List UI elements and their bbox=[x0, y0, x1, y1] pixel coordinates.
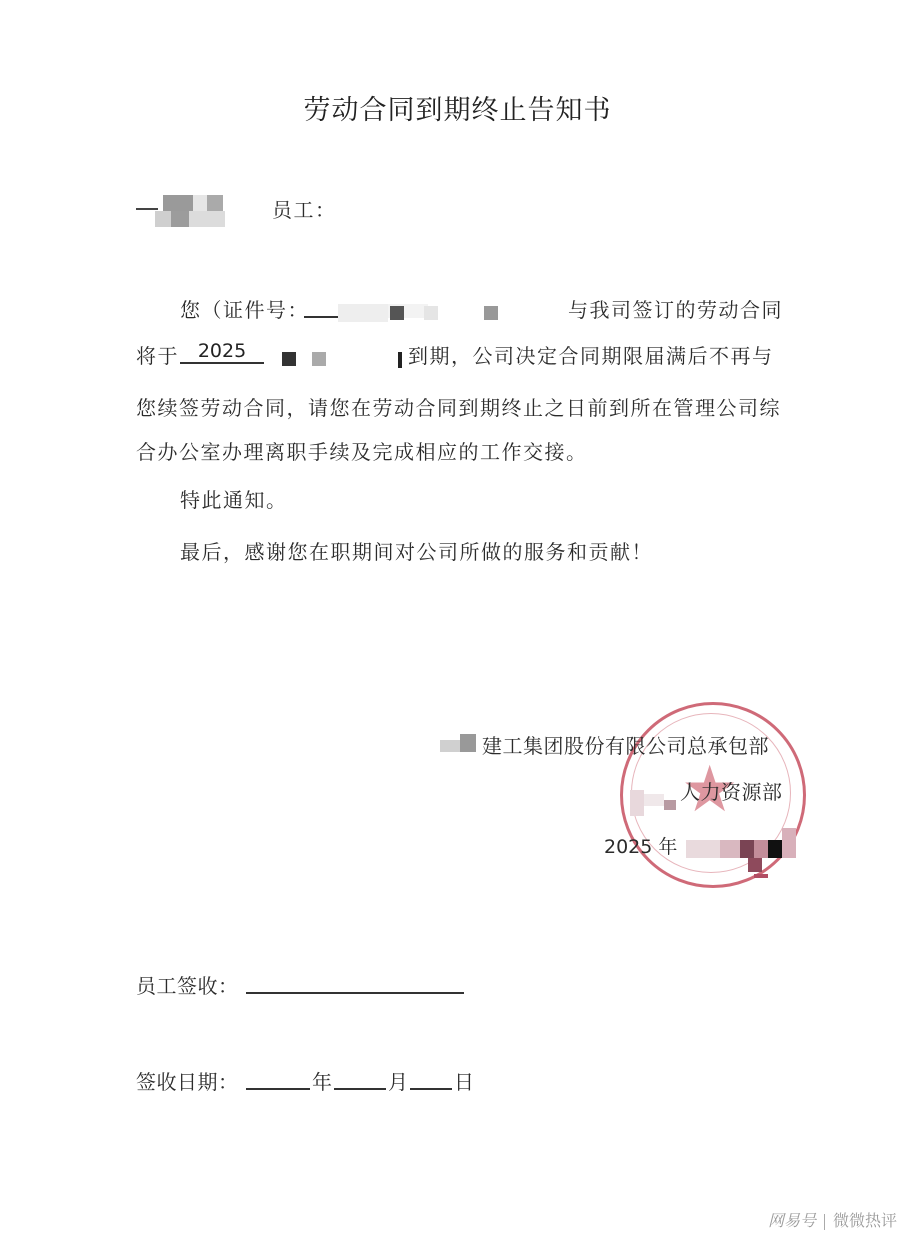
paragraph-line-4: 合办公室办理离职手续及完成相应的工作交接。 bbox=[136, 436, 588, 465]
expiry-date-field: 2025 bbox=[180, 340, 264, 364]
redacted-issue-date bbox=[686, 828, 798, 882]
paragraph-line-3: 您续签劳动合同，请您在劳动合同到期终止之日前到所在管理公司综 bbox=[136, 392, 781, 421]
redacted-department-prefix bbox=[630, 790, 680, 820]
employee-signature-label: 员工签收： bbox=[136, 970, 239, 999]
issuer-company: 建工集团股份有限公司总承包部 bbox=[482, 730, 769, 759]
redacted-expiry-date bbox=[282, 350, 402, 370]
receipt-year-field[interactable] bbox=[246, 1088, 310, 1090]
receipt-month-field[interactable] bbox=[334, 1088, 386, 1090]
watermark-author: 微微热评 bbox=[833, 1211, 897, 1230]
document-title: 劳动合同到期终止告知书 bbox=[0, 88, 915, 127]
salutation-label: 员工： bbox=[272, 194, 337, 223]
employee-signature-field[interactable] bbox=[246, 992, 464, 994]
month-unit-label: 月 bbox=[388, 1066, 410, 1095]
year-unit-label: 年 bbox=[312, 1066, 334, 1095]
notice-line: 特此通知。 bbox=[180, 484, 288, 513]
redacted-id-number bbox=[338, 300, 558, 324]
receipt-date-label: 签收日期： bbox=[136, 1066, 239, 1095]
watermark-divider bbox=[824, 1214, 825, 1230]
day-unit-label: 日 bbox=[454, 1066, 476, 1095]
watermark: 网易号微微热评 bbox=[768, 1208, 897, 1231]
platform-logo-text: 网易号 bbox=[768, 1211, 816, 1230]
issue-date: 2025 年 bbox=[604, 832, 677, 859]
redacted-name bbox=[155, 195, 235, 227]
paragraph-line-2-prefix: 将于 bbox=[136, 340, 179, 369]
issuer-department: 人力资源部 bbox=[680, 776, 783, 805]
expiry-year: 2025 bbox=[198, 340, 246, 362]
paragraph-line-2-suffix: 到期，公司决定合同期限届满后不再与 bbox=[408, 340, 774, 369]
paragraph-line-1-suffix: 与我司签订的劳动合同 bbox=[568, 294, 783, 323]
id-number-underline bbox=[304, 316, 338, 318]
thanks-line: 最后，感谢您在职期间对公司所做的服务和贡献！ bbox=[180, 536, 653, 565]
redacted-company-prefix bbox=[440, 734, 480, 754]
receipt-day-field[interactable] bbox=[410, 1088, 452, 1090]
paragraph-line-1-prefix: 您（证件号： bbox=[180, 294, 309, 323]
